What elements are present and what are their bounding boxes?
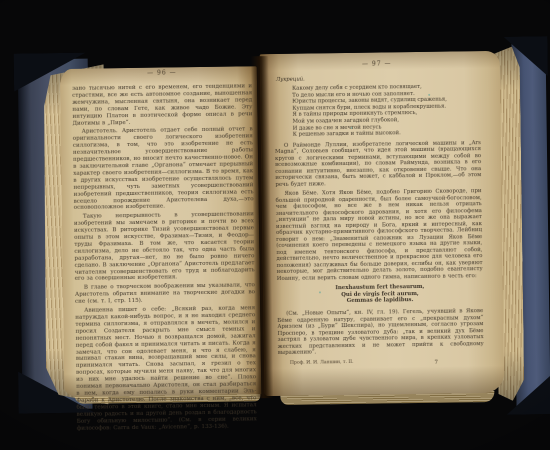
paragraph: Аристотель. Аристотель отдает себе полны… [73, 127, 254, 212]
right-page-body-upper: О Раймонде Луллии, изобретателе логическ… [275, 140, 483, 282]
book-photo: — 96 — зано тысячью нитей с его временем… [0, 0, 550, 450]
page-number-right: — 97 — [274, 59, 480, 69]
poem-attribution: Лукреций. [276, 74, 480, 83]
latin-verse: Inexhaustum fert thesaurum,Qui de virgis… [277, 283, 483, 306]
paragraph: Авиценна пишет о себе: „Всякий раз, когд… [75, 305, 257, 432]
left-page-text: — 96 — зано тысячью нитей с его временем… [72, 64, 257, 396]
paragraph: В главе о творческом воображении мы указ… [75, 283, 255, 306]
sheet-number: 7 [434, 360, 438, 366]
page-number-left: — 96 — [72, 68, 252, 78]
open-book: — 96 — зано тысячью нитей с его временем… [0, 0, 550, 450]
printer-signature-line: Проф. И. И. Лапшин, т. II. [290, 360, 354, 366]
poem-line: К решенью загадки и тайны высокой. [293, 129, 481, 138]
paragraph: зано тысячью нитей с его временем, его т… [72, 83, 253, 127]
lucretius-poem: Какому делу себя с усердием кто посвящае… [274, 83, 481, 139]
paragraph: Такую непрерывность в усовершенствовании… [74, 212, 255, 284]
right-page-body-lower: (См. „Новые Опыты“, кн. IV, гл. 19). Гег… [277, 308, 484, 356]
right-page-text: — 97 — Лукреций. Какому делу себя с усер… [274, 55, 485, 390]
paragraph: Яков Бёме. Хотя Яков Бёме, подобно Григо… [276, 188, 483, 282]
left-page-body: зано тысячью нитей с его временем, его т… [72, 83, 257, 432]
paragraph: (См. „Новые Опыты“, кн. IV, гл. 19). Гег… [277, 308, 484, 356]
paragraph: О Раймонде Луллии, изобретателе логическ… [275, 140, 482, 188]
